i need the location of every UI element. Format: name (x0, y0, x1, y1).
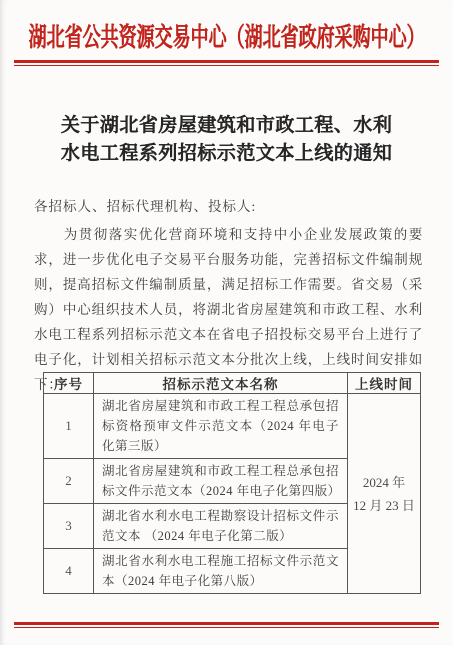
column-header-seq: 序号 (44, 373, 94, 394)
row-seq: 1 (44, 394, 94, 459)
row-seq: 3 (44, 504, 94, 549)
row-doc-name: 湖北省水利水电工程施工招标文件示范文本（2024 年电子化第八版） (94, 549, 348, 594)
notice-title-line1: 关于湖北省房屋建筑和市政工程、水利 (0, 112, 453, 140)
online-date-day: 12 月 23 日 (348, 494, 420, 517)
row-doc-name: 湖北省房屋建筑和市政工程工程总承包招标资格预审文件示范文本（2024 年电子化第… (94, 394, 348, 459)
launch-schedule-table: 序号 招标示范文本名称 上线时间 1 湖北省房屋建筑和市政工程工程总承包招标资格… (43, 372, 421, 594)
online-date-year: 2024 年 (348, 471, 420, 494)
row-doc-name: 湖北省水利水电工程勘察设计招标文件示范文本 （2024 年电子化第二版） (94, 504, 348, 549)
footer-double-rule (14, 622, 439, 628)
notice-title-line2: 水电工程系列招标示范文本上线的通知 (0, 140, 453, 168)
column-header-doc-name: 招标示范文本名称 (94, 373, 348, 394)
row-seq: 2 (44, 459, 94, 504)
row-doc-name: 湖北省房屋建筑和市政工程工程总承包招标文件示范文本（2024 年电子化第四版） (94, 459, 348, 504)
notice-title: 关于湖北省房屋建筑和市政工程、水利 水电工程系列招标示范文本上线的通知 (0, 112, 453, 168)
table-row: 1 湖北省房屋建筑和市政工程工程总承包招标资格预审文件示范文本（2024 年电子… (44, 394, 421, 459)
salutation-line: 各招标人、招标代理机构、投标人: (34, 197, 422, 217)
column-header-online-date: 上线时间 (348, 373, 421, 394)
row-seq: 4 (44, 549, 94, 594)
letterhead-double-rule (14, 60, 439, 66)
notice-document-page: 湖北省公共资源交易中心（湖北省政府采购中心） 关于湖北省房屋建筑和市政工程、水利… (0, 0, 453, 645)
letterhead-org-title: 湖北省公共资源交易中心（湖北省政府采购中心） (0, 17, 453, 55)
notice-body-paragraph: 为贯彻落实优化营商环境和支持中小企业发展政策的要求，进一步优化电子交易平台服务功… (34, 222, 423, 397)
table-header-row: 序号 招标示范文本名称 上线时间 (44, 373, 421, 394)
online-date-cell: 2024 年 12 月 23 日 (348, 394, 421, 594)
